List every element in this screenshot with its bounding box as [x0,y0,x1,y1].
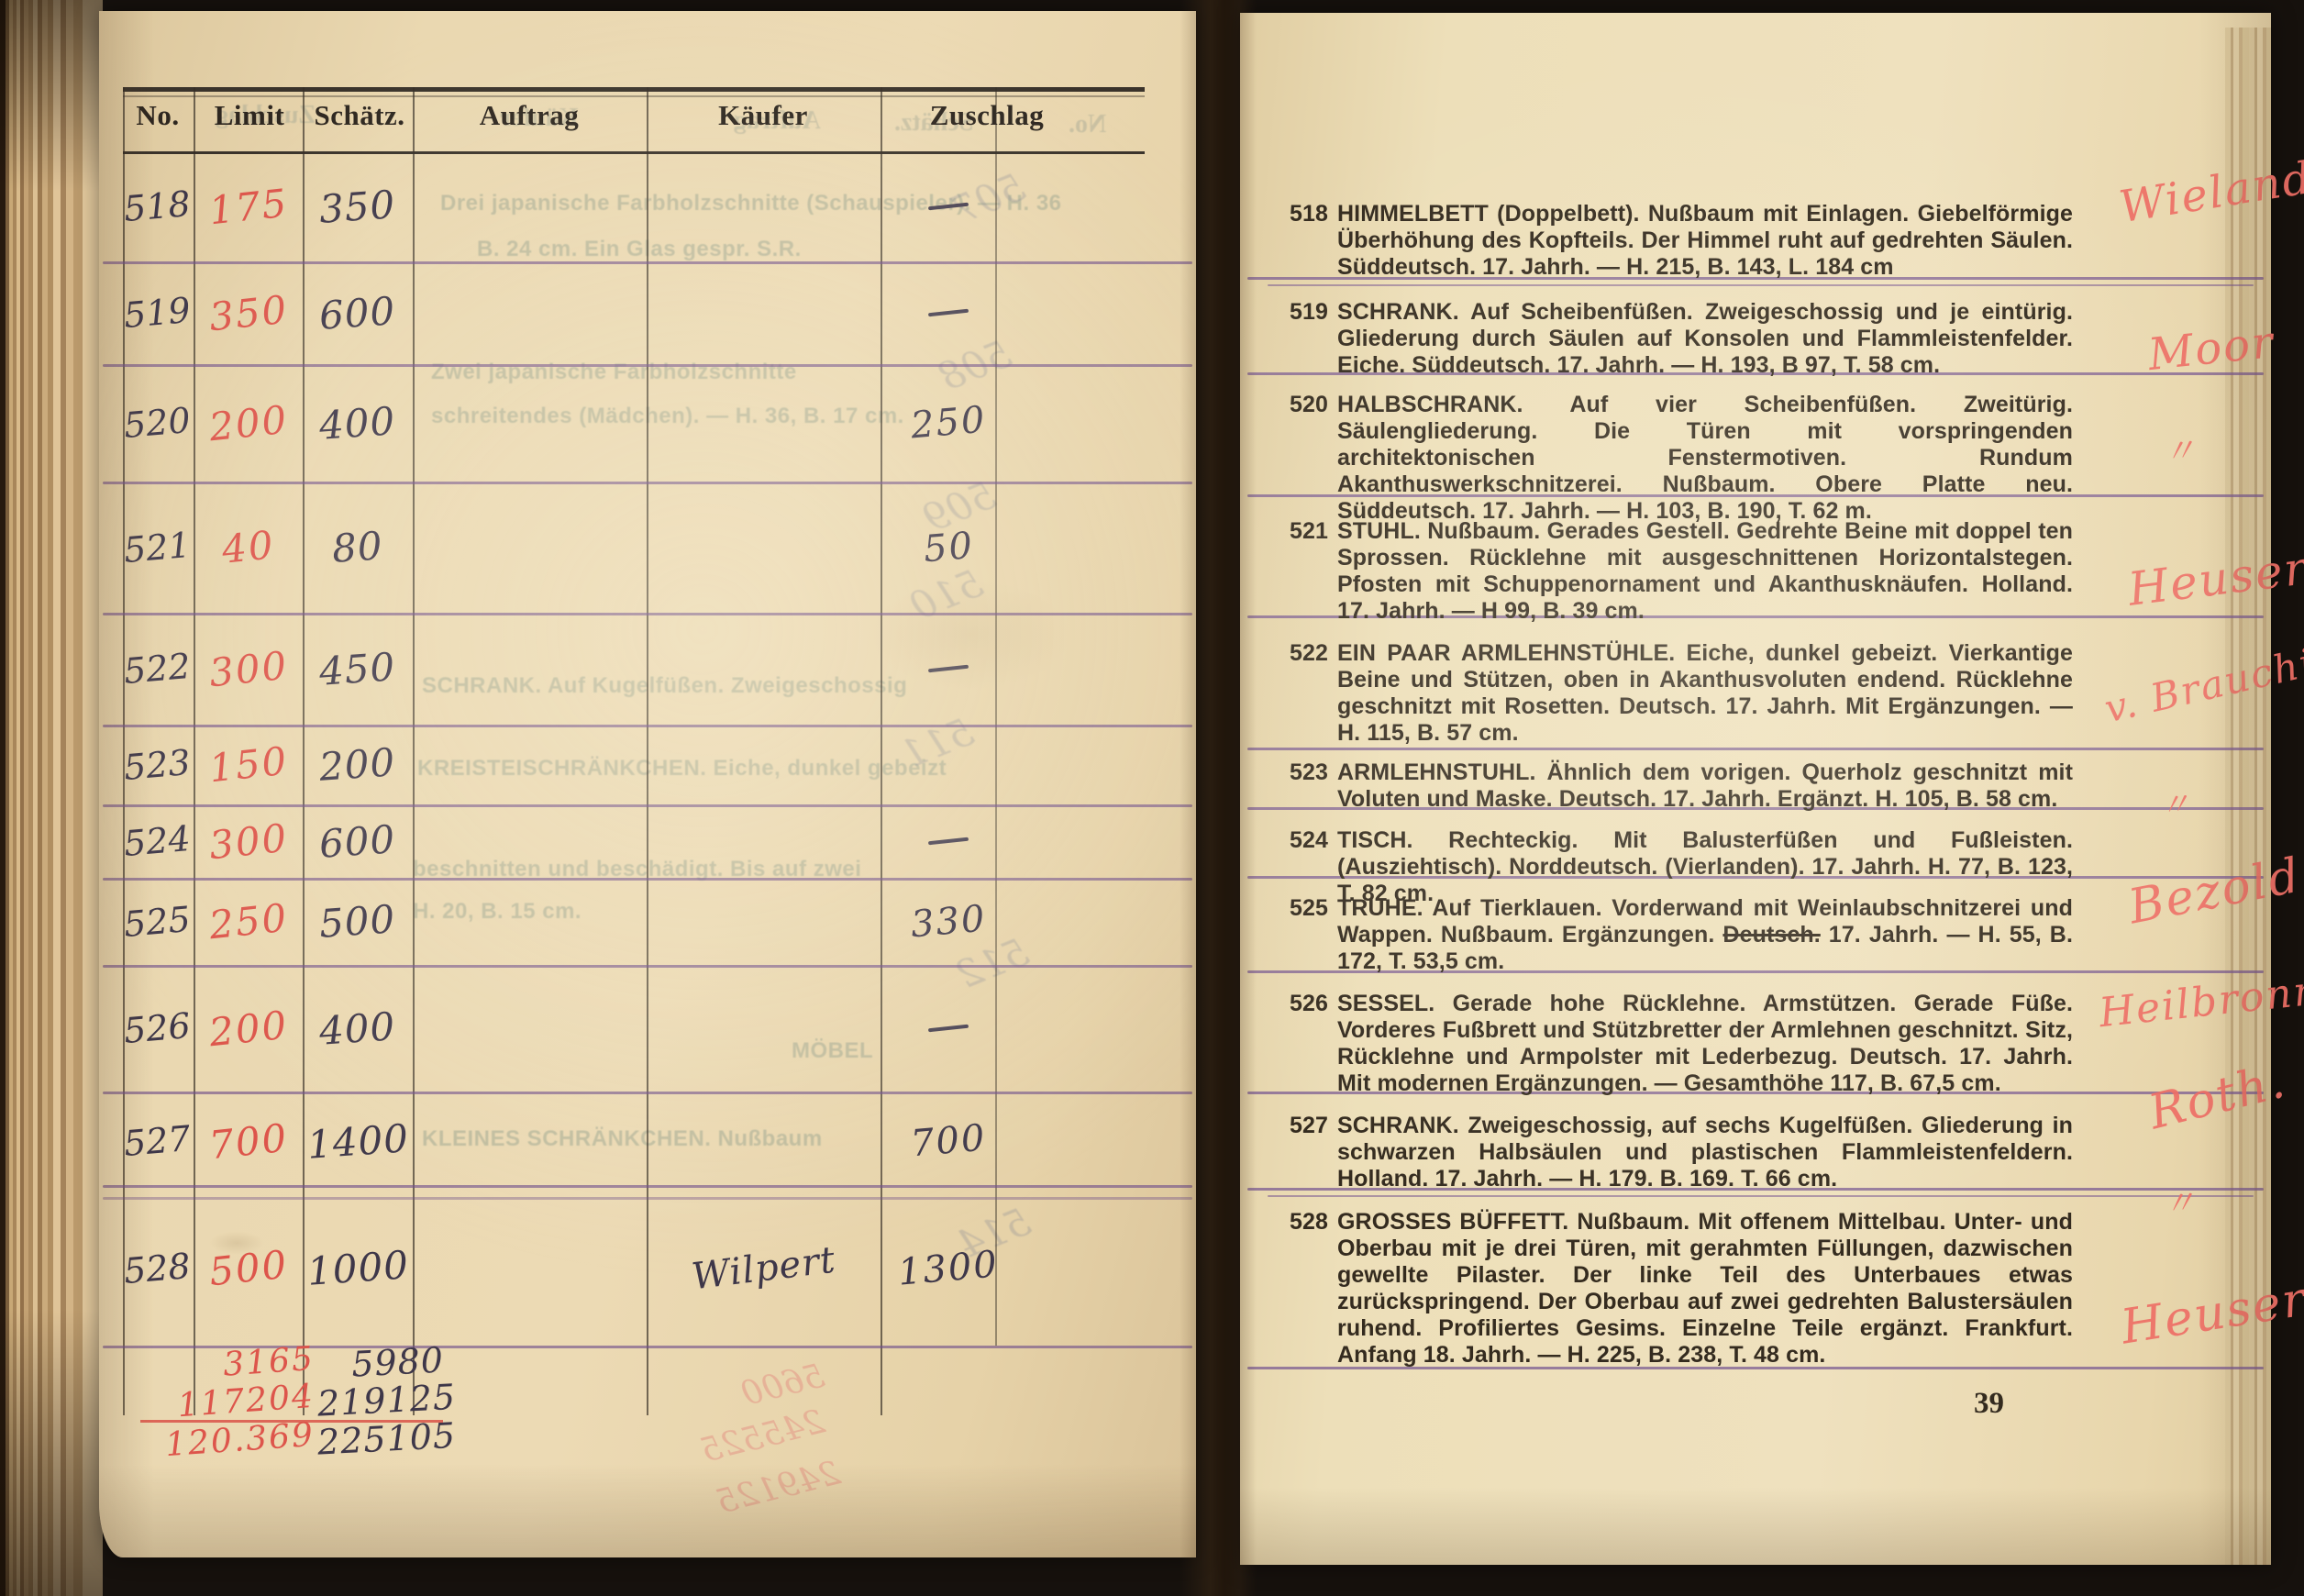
ditto-mark: 〃 [2161,1176,2199,1225]
table-vertical-line [303,87,305,1415]
cell-schaetz: 350 [305,151,411,261]
hammer-price-value: 1300 [896,1243,1000,1293]
column-header-auftrag: Auftrag [480,99,580,132]
cell-limit: 40 [196,482,301,613]
table-vertical-line [647,87,648,1415]
lot-number: 518 [122,183,192,229]
bleedthrough-header: No. [1069,110,1106,139]
cell-limit: 700 [196,1092,301,1191]
buyer-annotation: Roth. [2143,1054,2291,1141]
catalog-entry: 524TISCH. Rechteckig. Mit Balusterfüßen … [1337,827,2073,907]
catalog-entry: 519SCHRANK. Auf Scheibenfüßen. Zweigesch… [1337,299,2073,379]
lot-number: 520 [122,400,192,446]
entry-text: HIMMELBETT (Doppelbett). Nußbaum mit Ein… [1337,201,2073,280]
cell-kaeufer [649,482,879,613]
cell-kaeufer [649,151,879,261]
estimate-value: 400 [318,398,397,449]
cell-zuschlag [881,261,1016,364]
estimate-value: 600 [318,816,397,867]
table-row: 520200400250 [99,364,1191,482]
limit-value: 150 [207,738,291,792]
table-row: 523150200 [99,725,1191,804]
cell-schaetz: 400 [305,965,411,1092]
cell-no: 518 [116,151,198,261]
catalog-entry: 525TRUHE. Auf Tierklauen. Vorderwand mit… [1337,895,2073,975]
estimate-value: 200 [318,739,397,790]
cell-limit: 300 [196,613,301,725]
estimate-value: 600 [318,288,397,338]
bleedthrough-print: SCHRANK. Auf Kugelfüßen. Zweigeschossig [422,673,907,699]
lot-number: 527 [122,1118,192,1164]
table-vertical-line [194,87,195,1415]
hammer-price-dash [928,665,969,673]
cell-limit: 200 [196,364,301,482]
entry-number: 520 [1277,392,1328,418]
total-limit-sum: 3165 [126,1340,316,1391]
cell-kaeufer [649,878,879,965]
lot-number: 526 [122,1005,192,1051]
table-vertical-line [123,87,125,1415]
bleedthrough-number: 512 [950,929,1036,998]
hammer-price-value: 330 [909,897,988,946]
limit-value: 300 [207,815,291,868]
hammer-price-dash [928,1025,969,1033]
cell-limit: 350 [196,261,301,364]
entry-text: 17. Jahrh. — H. 55, B. 172, T. 53,5 cm. [1337,922,2073,974]
total-estimate-sum: 225105 [316,1415,445,1462]
row-rule-line [103,725,1192,727]
cell-zuschlag [881,804,1016,878]
cell-no: 525 [116,878,198,965]
column-header-limit: Limit [215,99,285,132]
table-vertical-line [413,87,415,1415]
column-header-zuschlag: Zuschlag [930,99,1045,132]
cell-schaetz: 80 [305,482,411,613]
entry-separator [1247,1188,2264,1191]
bleedthrough-print: KLEINES SCHRÄNKCHEN. Nußbaum [422,1126,823,1152]
bleedthrough-red-number: 249125 [713,1455,844,1522]
book-page-stack-right-edge [2225,28,2271,1565]
row-rule-line [103,613,1192,615]
limit-value: 500 [207,1242,291,1295]
column-header-schaetz: Schätz. [314,99,404,132]
bleedthrough-print: KREISTEISCHRÄNKCHEN. Eiche, dunkel gebei… [417,756,947,781]
cell-limit: 250 [196,878,301,965]
catalog-entry: 527SCHRANK. Zweigeschossig, auf sechs Ku… [1337,1113,2073,1192]
totals-red-underline [140,1420,443,1423]
entry-text: HALBSCHRANK. Auf vier Scheibenfüßen. Zwe… [1337,392,2073,524]
cell-schaetz: 600 [305,804,411,878]
paper-stain [209,1231,264,1255]
book-page-stack-left-edge [0,0,103,1596]
row-rule-line [103,1197,1192,1200]
table-header-underline [123,151,1145,154]
lot-number: 525 [122,898,192,944]
total-limit-sum: 120.369 [126,1416,316,1467]
hammer-price-dash [928,837,969,846]
column-header-kaeufer: Käufer [718,99,808,132]
limit-value: 40 [220,522,277,572]
estimate-value: 450 [318,644,397,694]
hammer-price-value: 700 [909,1116,988,1165]
hammer-price-value: 250 [909,398,988,447]
cell-limit: 200 [196,965,301,1092]
limit-value: 700 [207,1114,291,1168]
row-rule-line [103,1092,1192,1094]
bleedthrough-number: 511 [895,709,980,778]
cell-no: 526 [116,965,198,1092]
total-limit-sum: 117204 [126,1378,316,1428]
cell-no: 522 [116,613,198,725]
buyer-annotation: Heuser [2125,541,2304,616]
entry-number: 527 [1277,1113,1328,1139]
entry-text: GROSSES BÜFFETT. Nußbaum. Mit offenem Mi… [1337,1209,2073,1368]
limit-value: 350 [207,286,291,339]
ditto-mark: 〃 [2157,779,2194,826]
limit-value: 200 [207,1002,291,1055]
cell-no: 521 [116,482,198,613]
cell-zuschlag: 250 [881,364,1016,482]
table-row: 525250500330 [99,878,1191,965]
buyer-annotation: v. Brauchitz [2100,631,2304,732]
paper-stain [870,580,1071,690]
table-vertical-line [881,87,882,1415]
entry-text-struck: Deutsch. [1722,922,1820,948]
entry-number: 521 [1277,518,1328,545]
catalog-entry: 522EIN PAAR ARMLEHNSTÜHLE. Eiche, dunkel… [1337,640,2073,747]
cell-schaetz: 400 [305,364,411,482]
table-row: 519350600 [99,261,1191,364]
entry-text: SCHRANK. Zweigeschossig, auf sechs Kugel… [1337,1113,2073,1191]
entry-number: 519 [1277,299,1328,326]
entry-text: TRUHE. Auf Tierklauen. Vorderwand mit We… [1337,895,2073,948]
estimate-value: 350 [318,182,397,232]
catalog-entry: 521STUHL. Nußbaum. Gerades Gestell. Gedr… [1337,518,2073,625]
row-rule-line [103,965,1192,968]
cell-schaetz: 1400 [305,1092,411,1191]
row-rule-line [103,482,1192,484]
entry-separator [1247,970,2264,973]
table-row: 522300450 [99,613,1191,725]
entry-text: EIN PAAR ARMLEHNSTÜHLE. Eiche, dunkel ge… [1337,640,2073,746]
cell-zuschlag: 1300 [881,1191,1016,1346]
entry-number: 518 [1277,201,1328,227]
lot-number: 523 [122,741,192,787]
bleedthrough-print: H. 20, B. 15 cm. [413,899,582,925]
lot-number: 528 [122,1245,192,1291]
entry-separator [1247,372,2264,375]
total-estimate-sum: 219125 [316,1377,445,1424]
estimate-value: 1400 [305,1115,410,1168]
entry-text: STUHL. Nußbaum. Gerades Gestell. Gedreht… [1337,518,2073,624]
column-header-no: No. [136,99,179,132]
cell-no: 524 [116,804,198,878]
buyer-annotation: Heilbronner [2097,962,2304,1036]
entry-text: SCHRANK. Auf Scheibenfüßen. Zweigeschoss… [1337,299,2073,378]
estimate-value: 400 [318,1003,397,1054]
cell-schaetz: 1000 [305,1191,411,1346]
bleedthrough-print: MÖBEL [792,1038,873,1064]
entry-separator [1247,807,2264,810]
entry-separator [1247,494,2264,497]
bleedthrough-header: Schätz. [894,108,973,138]
table-top-border [123,87,1145,92]
catalog-page-right: 518HIMMELBETT (Doppelbett). Nußbaum mit … [1240,13,2271,1565]
cell-schaetz: 200 [305,725,411,804]
cell-zuschlag: 330 [881,878,1016,965]
cell-schaetz: 500 [305,878,411,965]
cell-limit: 500 [196,1191,301,1346]
entry-separator [1247,277,2264,280]
cell-limit: 175 [196,151,301,261]
cell-kaeufer: Wilpert [649,1191,879,1346]
catalog-entry: 518HIMMELBETT (Doppelbett). Nußbaum mit … [1337,201,2073,281]
estimate-value: 80 [331,523,385,571]
bleedthrough-header: Zuschlag [216,101,316,130]
table-row: 518175350 [99,151,1191,261]
entry-text: TISCH. Rechteckig. Mit Balusterfüßen und… [1337,827,2073,906]
table-row: 5277001400700 [99,1092,1191,1191]
entry-number: 528 [1277,1209,1328,1236]
cell-zuschlag [881,725,1016,804]
cell-zuschlag: 50 [881,482,1016,613]
row-rule-line [103,261,1192,264]
bleedthrough-number: 510 [904,560,990,629]
entry-text: SESSEL. Gerade hohe Rücklehne. Armstütze… [1337,991,2073,1096]
lot-number: 519 [122,290,192,336]
bleedthrough-header: Käufer [500,104,579,133]
ditto-mark: 〃 [2161,424,2199,473]
buyer-annotation: Heuser [2118,1271,2304,1355]
bleedthrough-red-number: 245525 [697,1403,828,1470]
cell-schaetz: 450 [305,613,411,725]
entry-number: 525 [1277,895,1328,922]
cell-no: 527 [116,1092,198,1191]
estimate-value: 1000 [305,1242,410,1294]
cell-kaeufer [649,965,879,1092]
ledger-page-left: ZuschlagKäuferAuftragSchätz.No.Drei japa… [99,11,1196,1557]
table-row: 526200400 [99,965,1191,1092]
table-row: 524300600 [99,804,1191,878]
limit-value: 250 [207,895,291,948]
hammer-price-value: 50 [922,524,976,571]
page-number: 39 [1974,1387,2004,1421]
bleedthrough-print: schreitendes (Mädchen). — H. 36, B. 17 c… [431,404,904,429]
cell-limit: 150 [196,725,301,804]
hammer-price-dash [928,203,969,211]
cell-zuschlag [881,613,1016,725]
lot-number: 522 [122,646,192,692]
bleedthrough-print: beschnitten und beschädigt. Bis auf zwei [413,857,861,882]
entry-number: 524 [1277,827,1328,854]
estimate-value: 500 [318,896,397,947]
row-rule-line [103,1346,1192,1348]
entry-text: ARMLEHNSTUHL. Ähnlich dem vorigen. Querh… [1337,759,2073,812]
entry-separator [1247,748,2264,750]
lot-number: 521 [122,524,192,570]
entry-separator [1247,1367,2264,1369]
cell-kaeufer [649,364,879,482]
hammer-price-dash [928,309,969,317]
book-spread-photo: { "document_type": "Auktionskatalog mit … [0,0,2304,1596]
cell-kaeufer [649,613,879,725]
table-top-border-thin [123,95,1145,97]
entry-number: 523 [1277,759,1328,786]
buyer-name: Wilpert [690,1238,838,1298]
entry-separator [1247,615,2264,618]
total-estimate-sum: 5980 [316,1339,445,1386]
limit-value: 300 [207,642,291,695]
buyer-annotation: Bezold [2124,848,2304,935]
buyer-annotation: Wieland [2116,152,2304,233]
bleedthrough-number: 509 [917,472,1002,541]
bleedthrough-number: 507 [947,164,1032,233]
bleedthrough-number: 508 [933,331,1018,400]
cell-kaeufer [649,1092,879,1191]
bleedthrough-print: Zwei japanische Farbholzschnitte [431,360,797,385]
cell-zuschlag [881,151,1016,261]
bleedthrough-red-number: 5600 [737,1358,828,1414]
table-row: 521408050 [99,482,1191,613]
entry-number: 526 [1277,991,1328,1017]
row-rule-line [103,878,1192,881]
cell-kaeufer [649,261,879,364]
bleedthrough-header: Auftrag [734,106,821,136]
row-rule-line [103,804,1192,807]
table-vertical-line [995,87,997,1346]
cell-kaeufer [649,725,879,804]
bleedthrough-number: 514 [952,1199,1037,1268]
bleedthrough-print: Drei japanische Farbholzschnitte (Schaus… [440,191,1062,216]
row-rule-line [103,364,1192,367]
cell-no: 520 [116,364,198,482]
catalog-entry: 526SESSEL. Gerade hohe Rücklehne. Armstü… [1337,991,2073,1097]
row-rule-line [103,1185,1192,1188]
limit-value: 200 [207,396,291,449]
entry-separator [1247,1092,2264,1094]
cell-schaetz: 600 [305,261,411,364]
cell-no: 528 [116,1191,198,1346]
bleedthrough-print: B. 24 cm. Ein Glas gespr. S.R. [477,237,802,262]
cell-kaeufer [649,804,879,878]
cell-no: 519 [116,261,198,364]
table-row: 5285001000Wilpert1300 [99,1191,1191,1346]
cell-zuschlag: 700 [881,1092,1016,1191]
catalog-entry: 528GROSSES BÜFFETT. Nußbaum. Mit offenem… [1337,1209,2073,1369]
buyer-annotation: Moor [2145,316,2276,381]
bleedthrough-layer: ZuschlagKäuferAuftragSchätz.No.Drei japa… [99,11,1196,1557]
cell-limit: 300 [196,804,301,878]
catalog-entry: 520HALBSCHRANK. Auf vier Scheibenfüßen. … [1337,392,2073,525]
entry-separator [1247,876,2264,879]
cell-no: 523 [116,725,198,804]
catalog-entry: 523ARMLEHNSTUHL. Ähnlich dem vorigen. Qu… [1337,759,2073,813]
cell-zuschlag [881,965,1016,1092]
limit-value: 175 [207,180,291,233]
lot-number: 524 [122,818,192,864]
entry-number: 522 [1277,640,1328,667]
